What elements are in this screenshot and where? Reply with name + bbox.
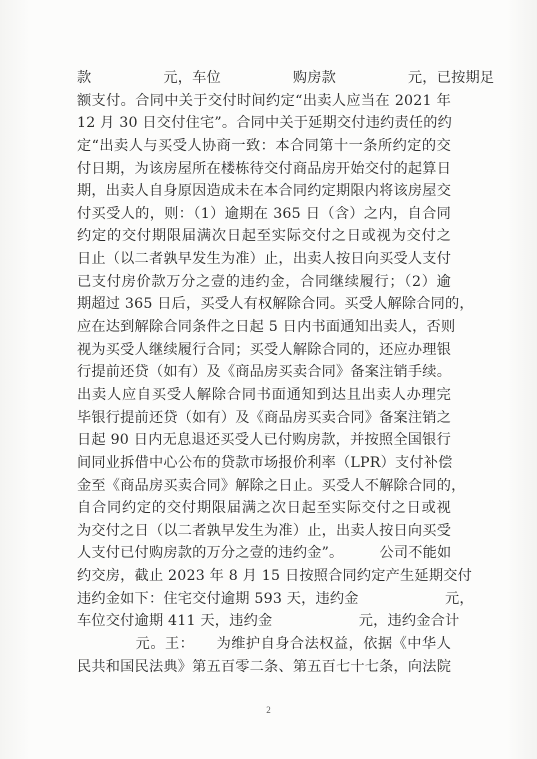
- text-line: 额支付。合同中关于交付时间约定“出卖人应当在 2021 年: [77, 90, 451, 113]
- text-line: 12 月 30 日交付住宅”。合同中关于延期交付违约责任的约: [77, 112, 451, 135]
- text-line: 付买受人的，则：（1）逾期在 365 日（含）之内，自合同: [77, 203, 451, 226]
- text-line: 出卖人应自买受人解除合同书面通知到达且出卖人办理完: [77, 384, 451, 407]
- text-line: 人支付已付购房款的万分之壹的违约金”。 公司不能如: [77, 542, 451, 565]
- text-line: 期超过 365 日后，买受人有权解除合同。买受人解除合同的，: [77, 293, 451, 316]
- text-line: 约定的交付期限届满次日起至实际交付之日或视为交付之: [77, 225, 451, 248]
- page-number: 2: [0, 705, 537, 715]
- text-line: 已支付房价款万分之壹的违约金，合同继续履行；（2）逾: [77, 271, 451, 294]
- text-line: 金至《商品房买卖合同》解除之日止。买受人不解除合同的，: [77, 475, 451, 498]
- text-line: 为交付之日（以二者孰早发生为准）止，出卖人按日向买受: [77, 520, 451, 543]
- text-line: 元。王： 为维护自身合法权益，依据《中华人: [77, 633, 451, 656]
- text-line: 日止（以二者孰早发生为准）止，出卖人按日向买受人支付: [77, 248, 451, 271]
- text-line: 视为买受人继续履行合同；买受人解除合同的，还应办理银: [77, 339, 451, 362]
- text-line: 日起 90 日内无息退还买受人已付购房款，并按照全国银行: [77, 429, 451, 452]
- text-line: 应在达到解除合同条件之日起 5 日内书面通知出卖人，否则: [77, 316, 451, 339]
- document-page: 款 元，车位 购房款 元，已按期足 额支付。合同中关于交付时间约定“出卖人应当在…: [0, 0, 537, 759]
- text-line: 期，出卖人自身原因造成未在本合同约定期限内将该房屋交: [77, 180, 451, 203]
- text-line: 毕银行提前还贷（如有）及《商品房买卖合同》备案注销之: [77, 407, 451, 430]
- text-line: 车位交付逾期 411 天，违约金 元，违约金合计: [77, 610, 451, 633]
- text-line: 民共和国民法典》第五百零二条、第五百七十七条，向法院: [77, 656, 451, 679]
- text-line: 付日期，为该房屋所在楼栋待交付商品房开始交付的起算日: [77, 158, 451, 181]
- text-line: 自合同约定的交付期限届满之次日起至实际交付之日或视: [77, 497, 451, 520]
- body-text: 款 元，车位 购房款 元，已按期足 额支付。合同中关于交付时间约定“出卖人应当在…: [77, 67, 451, 678]
- text-line: 约交房，截止 2023 年 8 月 15 日按照合同约定产生延期交付: [77, 565, 451, 588]
- text-line: 定“出卖人与买受人协商一致：本合同第十一条所约定的交: [77, 135, 451, 158]
- text-line: 违约金如下：住宅交付逾期 593 天，违约金 元，: [77, 588, 451, 611]
- text-line: 款 元，车位 购房款 元，已按期足: [77, 67, 451, 90]
- text-line: 间同业拆借中心公布的贷款市场报价利率（LPR）支付补偿: [77, 452, 451, 475]
- text-line: 行提前还贷（如有）及《商品房买卖合同》备案注销手续。: [77, 361, 451, 384]
